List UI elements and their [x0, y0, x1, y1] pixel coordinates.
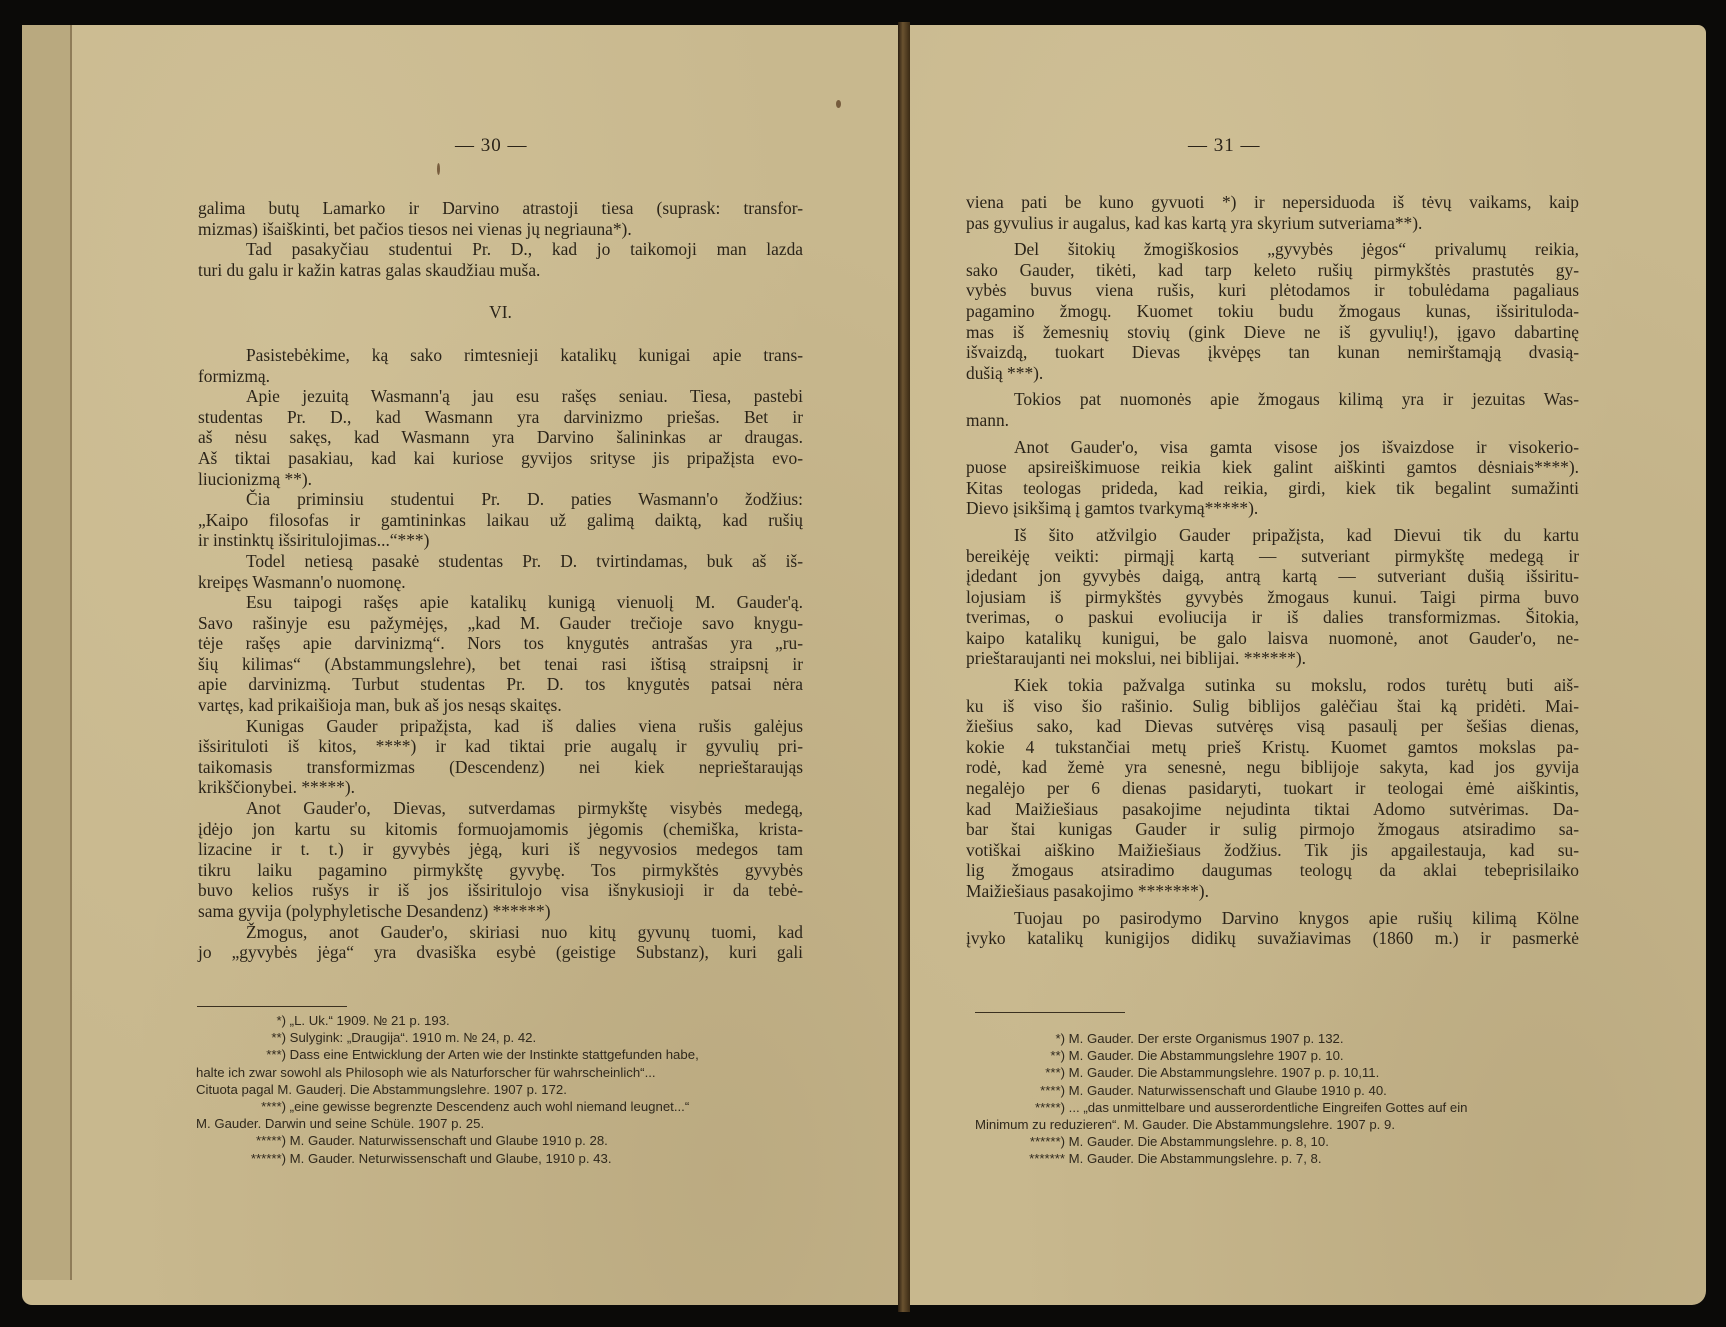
paragraph: Tokios pat nuomonės apie žmogaus kilimą …	[966, 389, 1579, 430]
footnote: ******) M. Gauder. Neturwissenschaft und…	[196, 1150, 806, 1167]
footnote-mark: ***)	[196, 1046, 286, 1063]
footnote-text: M. Gauder. Die Abstammungslehre 1907 p. …	[1069, 1048, 1344, 1063]
open-book-scan: — 30 — galima butų Lamarko ir Darvino at…	[0, 0, 1726, 1327]
text-line: tikru laiku pagamino pirmykštę gyvybę. T…	[198, 860, 803, 881]
footnote: *****) ... „das unmittelbare und aussero…	[975, 1099, 1580, 1116]
text-line: Tuojau po pasirodymo Darvino knygos apie…	[966, 908, 1579, 929]
text-line: bar štai kunigas Gauder ir sulig pirmojo…	[966, 819, 1579, 840]
footnote: *****) M. Gauder. Naturwissenschaft und …	[196, 1132, 806, 1149]
paragraph: Del šitokių žmogiškosios „gyvybės jėgos“…	[966, 239, 1579, 383]
footnote: *) „L. Uk.“ 1909. № 21 p. 193.	[196, 1012, 806, 1029]
footnote-mark: *******	[975, 1150, 1065, 1167]
text-line: Anot Gauder'o, visa gamta visose jos išv…	[966, 437, 1579, 458]
footnote-mark: *****)	[196, 1132, 286, 1149]
text-line: galima butų Lamarko ir Darvino atrastoji…	[198, 198, 803, 219]
text-line: Kunigas Gauder pripažįsta, kad iš dalies…	[198, 716, 803, 737]
text-line: ku iš viso šio rašinio. Sulig biblijos g…	[966, 696, 1579, 717]
footnote-mark: **)	[975, 1047, 1065, 1064]
paragraph: Anot Gauder'o, visa gamta visose jos išv…	[966, 437, 1579, 519]
text-line: pas gyvulius ir augalus, kad kas kartą y…	[966, 213, 1579, 234]
footnote-mark: **)	[196, 1029, 286, 1046]
left-page-fold-edge	[22, 25, 72, 1280]
footnote: halte ich zwar sowohl als Philosoph wie …	[196, 1064, 806, 1081]
text-line: Tokios pat nuomonės apie žmogaus kilimą …	[966, 389, 1579, 410]
paragraph: Kiek tokia pažvalga sutinka su mokslu, r…	[966, 675, 1579, 902]
text-line: negalėjo per 6 dienas pasidaryti, tuokar…	[966, 778, 1579, 799]
text-line: liucionizmą **).	[198, 469, 803, 490]
text-line: pagamino žmogų. Kuomet tokiu budu žmogau…	[966, 301, 1579, 322]
text-line: turi du galu ir kažin katras galas skaud…	[198, 260, 803, 281]
footnote-text: M. Gauder. Der erste Organismus 1907 p. …	[1069, 1031, 1344, 1046]
text-line: išsirituloti iš kitos, ****) ir kad tikt…	[198, 736, 803, 757]
footnote-mark: ******)	[196, 1150, 286, 1167]
text-line: apie darvinizmą. Turbut studentas Pr. D.…	[198, 674, 803, 695]
paragraph: viena pati be kuno gyvuoti *) ir nepersi…	[966, 192, 1579, 233]
text-line: Tad pasakyčiau studentui Pr. D., kad jo …	[198, 239, 803, 260]
footnote: **) M. Gauder. Die Abstammungslehre 1907…	[975, 1047, 1580, 1064]
footnote-text: ... „das unmittelbare und ausserordentli…	[1069, 1100, 1468, 1115]
text-line: puose apsireiškimuose reikia kiek galint…	[966, 457, 1579, 478]
text-line: sako Gauder, tikėti, kad tarp keleto ruš…	[966, 260, 1579, 281]
text-line: „Kaipo filosofas ir gamtininkas laikau u…	[198, 510, 803, 531]
footnote-text: Cituota pagal M. Gauderį. Die Abstammung…	[196, 1082, 567, 1097]
text-line: lig žmogaus atsiradimo daugumas teologų …	[966, 860, 1579, 881]
text-line: dušią ***).	[966, 363, 1579, 384]
text-line: krikščionybei. *****).	[198, 777, 803, 798]
text-line: Kiek tokia pažvalga sutinka su mokslu, r…	[966, 675, 1579, 696]
footnote-mark: ****)	[975, 1082, 1065, 1099]
footnote-rule-left	[197, 1006, 347, 1007]
footnote-text: M. Gauder. Naturwissenschaft und Glaube …	[1069, 1083, 1387, 1098]
text-line: mann.	[966, 410, 1579, 431]
text-line: prieštaraujanti nei mokslui, nei biblija…	[966, 648, 1579, 669]
footnote-text: M. Gauder. Neturwissenschaft und Glaube,…	[290, 1151, 612, 1166]
text-line: Kitas teologas prideda, kad reikia, gird…	[966, 478, 1579, 499]
text-line: kaipo katalikų kunigui, be galo laisva n…	[966, 628, 1579, 649]
text-line: jo „gyvybės jėga“ yra dvasiška esybė (ge…	[198, 942, 803, 963]
section-heading: VI.	[198, 302, 803, 323]
text-line: žiešius sako, kad Dievas sutvėręs visą p…	[966, 716, 1579, 737]
text-line: kad Maižiešiaus pasakojime nejudinta tik…	[966, 799, 1579, 820]
text-line: Žmogus, anot Gauder'o, skiriasi nuo kitų…	[198, 922, 803, 943]
text-line: lojusiam iš pirmykštės gyvybės žmogaus k…	[966, 587, 1579, 608]
text-line: Savo rašinyje esu pažymėjęs, „kad M. Gau…	[198, 613, 803, 634]
footnote-mark: ****)	[196, 1098, 286, 1115]
text-line: studentas Pr. D., kad Wasmann yra darvin…	[198, 407, 803, 428]
text-line: kreipęs Wasmann'o nuomonę.	[198, 572, 803, 593]
footnote-mark: *****)	[975, 1099, 1065, 1116]
text-line: Čia priminsiu studentui Pr. D. paties Wa…	[198, 489, 803, 510]
text-line: buvo kelios rušys ir iš jos išsiritulojo…	[198, 880, 803, 901]
footnote: Minimum zu reduzieren“. M. Gauder. Die A…	[975, 1116, 1580, 1133]
text-line: tėje rašęs apie darvinizmą“. Nors tos kn…	[198, 633, 803, 654]
text-line: Pasistebėkime, ką sako rimtesnieji katal…	[198, 345, 803, 366]
text-line: šių kilimas“ (Abstammungslehre), bet ten…	[198, 654, 803, 675]
text-line: įvyko katalikų kunigijos didikų suvažiav…	[966, 928, 1579, 949]
text-line: įdėjo jon kartu su kitomis formuojamomis…	[198, 819, 803, 840]
footnote-text: M. Gauder. Naturwissenschaft und Glaube …	[290, 1133, 608, 1148]
footnote: ******* M. Gauder. Die Abstammungslehre.…	[975, 1150, 1580, 1167]
footnote-text: „L. Uk.“ 1909. № 21 p. 193.	[290, 1013, 450, 1028]
footnote-mark: *)	[975, 1030, 1065, 1047]
footnote: ****) „eine gewisse begrenzte Descendenz…	[196, 1098, 806, 1115]
footnote-rule-right	[975, 1012, 1125, 1013]
footnote: M. Gauder. Darwin und seine Schüle. 1907…	[196, 1115, 806, 1132]
text-line: išvaizdą, tuokart Dievas įkvėpęs tan kun…	[966, 342, 1579, 363]
left-footnotes: *) „L. Uk.“ 1909. № 21 p. 193.**) Sulygi…	[196, 1012, 806, 1167]
page-number-left: — 30 —	[455, 135, 528, 157]
footnote: ******) M. Gauder. Die Abstammungslehre.…	[975, 1133, 1580, 1150]
text-line: mizmas) išaiškinti, bet pačios tiesos ne…	[198, 219, 803, 240]
ink-stain	[437, 163, 440, 175]
text-line: aš nėsu sakęs, kad Wasmann yra Darvino š…	[198, 427, 803, 448]
footnote-text: Minimum zu reduzieren“. M. Gauder. Die A…	[975, 1117, 1395, 1132]
text-line: Todel netiesą pasakė studentas Pr. D. tv…	[198, 551, 803, 572]
ink-stain	[836, 100, 841, 108]
text-line: bereikėję veikti: pirmąjį kartą — sutver…	[966, 546, 1579, 567]
footnote-mark: *)	[196, 1012, 286, 1029]
footnote-text: M. Gauder. Die Abstammungslehre. p. 7, 8…	[1069, 1151, 1322, 1166]
book-spine	[898, 22, 910, 1312]
text-line: Dievo įsikšimą į gamtos tvarkymą*****).	[966, 498, 1579, 519]
text-line: Aš tiktai pasakiau, kad kai kuriose gyvi…	[198, 448, 803, 469]
page-number-right: — 31 —	[1188, 135, 1261, 157]
footnote-text: M. Gauder. Darwin und seine Schüle. 1907…	[196, 1116, 484, 1131]
footnote-mark: ***)	[975, 1064, 1065, 1081]
text-line: Anot Gauder'o, Dievas, sutverdamas pirmy…	[198, 798, 803, 819]
footnote-text: M. Gauder. Die Abstammungslehre. p. 8, 1…	[1069, 1134, 1329, 1149]
footnote-text: Sulygink: „Draugija“. 1910 m. № 24, p. 4…	[290, 1030, 537, 1045]
footnote: ****) M. Gauder. Naturwissenschaft und G…	[975, 1082, 1580, 1099]
footnote-text: Dass eine Entwicklung der Arten wie der …	[290, 1047, 699, 1062]
text-line: sama gyvija (polyphyletische Desandenz) …	[198, 901, 803, 922]
footnote-text: „eine gewisse begrenzte Descendenz auch …	[290, 1099, 690, 1114]
text-line: vybės buvus viena rušis, kuri plėtodamos…	[966, 280, 1579, 301]
text-line: viena pati be kuno gyvuoti *) ir nepersi…	[966, 192, 1579, 213]
text-line: formizmą.	[198, 366, 803, 387]
text-line: taikomasis transformizmas (Descendenz) n…	[198, 757, 803, 778]
footnote: Cituota pagal M. Gauderį. Die Abstammung…	[196, 1081, 806, 1098]
text-line: tverimas, o paskui evoliucija ir iš dali…	[966, 607, 1579, 628]
footnote-text: halte ich zwar sowohl als Philosoph wie …	[196, 1065, 656, 1080]
paragraph: Iš šito atžvilgio Gauder pripažįsta, kad…	[966, 525, 1579, 669]
footnote-mark: ******)	[975, 1133, 1065, 1150]
footnote: ***) M. Gauder. Die Abstammungslehre. 19…	[975, 1064, 1580, 1081]
text-line: ir instinktų išsiritulojimas...“***)	[198, 530, 803, 551]
text-line: vartęs, kad prikaišioja man, buk aš jos …	[198, 695, 803, 716]
text-line: rodė, kad žemė yra senesnė, negu biblijo…	[966, 757, 1579, 778]
text-line: Del šitokių žmogiškosios „gyvybės jėgos“…	[966, 239, 1579, 260]
text-line: įdedant jon gyvybės daigą, antrą kartą —…	[966, 566, 1579, 587]
text-line: lizacine ir t. t.) ir gyvybės jėgą, kuri…	[198, 839, 803, 860]
right-footnotes: *) M. Gauder. Der erste Organismus 1907 …	[975, 1030, 1580, 1168]
footnote-text: M. Gauder. Die Abstammungslehre. 1907 p.…	[1069, 1065, 1380, 1080]
right-page-body: viena pati be kuno gyvuoti *) ir nepersi…	[966, 192, 1579, 949]
footnote: *) M. Gauder. Der erste Organismus 1907 …	[975, 1030, 1580, 1047]
text-line: Iš šito atžvilgio Gauder pripažįsta, kad…	[966, 525, 1579, 546]
text-line: Maižiešiaus pasakojimo *******).	[966, 881, 1579, 902]
paragraph: Tuojau po pasirodymo Darvino knygos apie…	[966, 908, 1579, 949]
text-line: Esu taipogi rašęs apie katalikų kunigą v…	[198, 592, 803, 613]
footnote: **) Sulygink: „Draugija“. 1910 m. № 24, …	[196, 1029, 806, 1046]
text-line: votiškai aiškino Maižiešiaus žodžius. Ti…	[966, 840, 1579, 861]
text-line: Apie jezuitą Wasmann'ą jau esu rašęs sen…	[198, 386, 803, 407]
footnote: ***) Dass eine Entwicklung der Arten wie…	[196, 1046, 806, 1063]
text-line: kokie 4 tukstančiai metų prieš Kristų. K…	[966, 737, 1579, 758]
text-line: mas iš žemesnių stovių (gink Dieve ne iš…	[966, 322, 1579, 343]
left-page-body: galima butų Lamarko ir Darvino atrastoji…	[198, 198, 803, 963]
